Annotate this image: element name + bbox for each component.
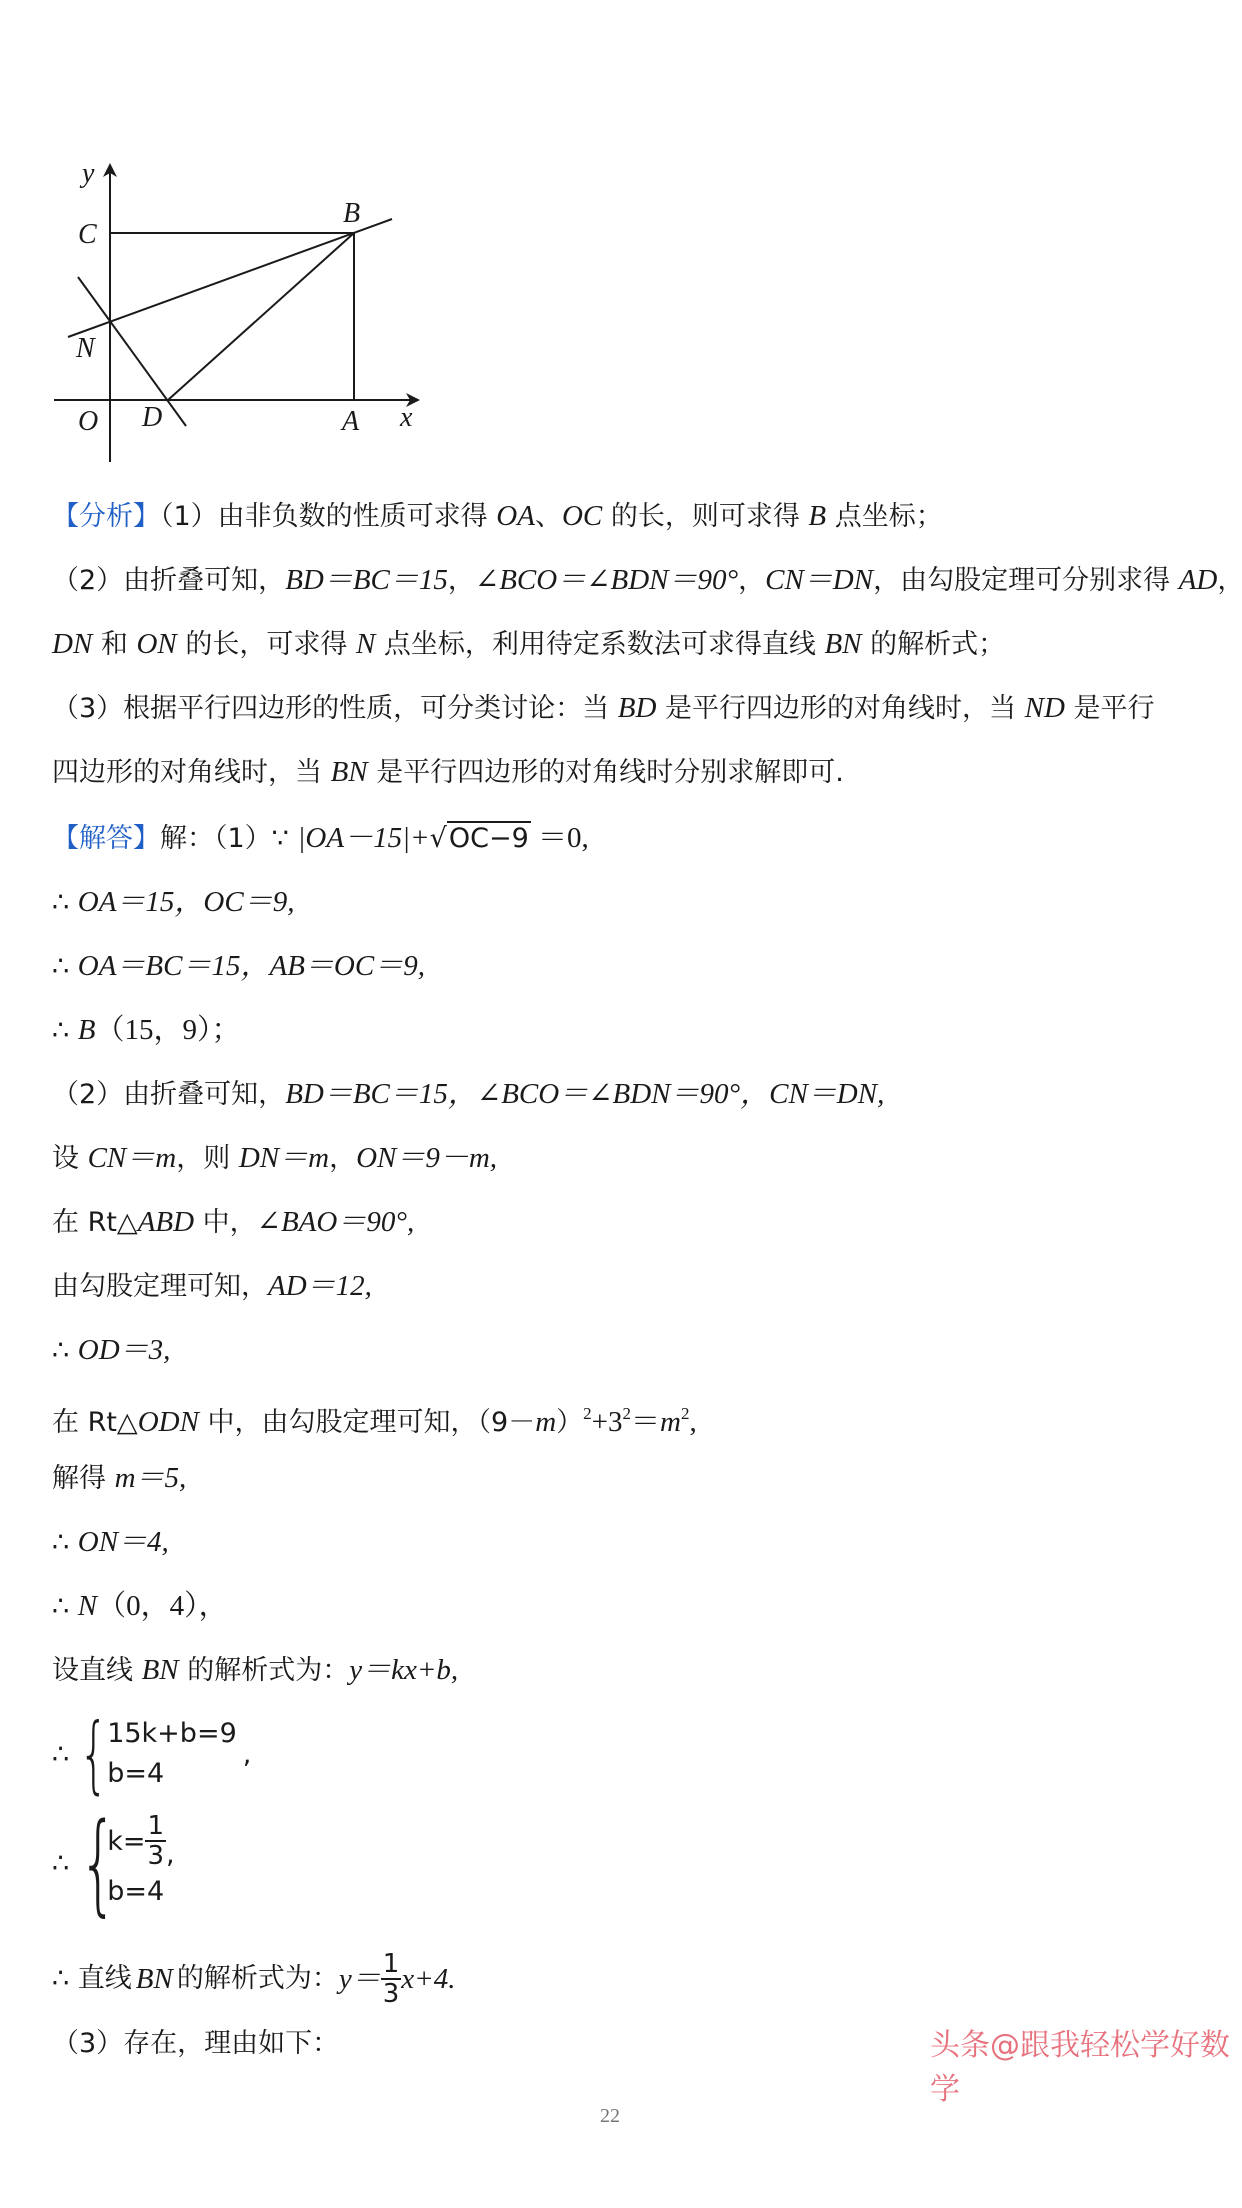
watermark: 头条@跟我轻松学好数学 <box>930 2020 1242 2108</box>
analysis-part3-line1: （3）根据平行四边形的性质，可分类讨论：当 BD 是平行四边形的对角线时，当 N… <box>52 688 1155 729</box>
solution-line: ∴ OA＝BC＝15，AB＝OC＝9, <box>52 946 425 987</box>
line-BN <box>68 219 392 337</box>
solution-part2-line9: ∴ N（0，4）， <box>52 1586 228 1627</box>
label-A: A <box>340 406 360 437</box>
solution-line: ∴ B（15，9）； <box>52 1010 241 1051</box>
left-brace-icon: { <box>79 1712 92 1796</box>
coordinate-figure: y C B N O D A x <box>0 0 460 480</box>
equation-system-2: ∴ { k= 13 , b=4 <box>52 1808 175 1918</box>
solution-part2-line10: 设直线 BN 的解析式为：y＝kx+b, <box>52 1650 458 1691</box>
solution-part2-conclusion: ∴ 直线 BN 的解析式为：y＝ 13x+4. <box>52 1950 455 2008</box>
analysis-part2-line2: DN 和 ON 的长，可求得 N 点坐标，利用待定系数法可求得直线 BN 的解析… <box>52 624 1005 665</box>
label-x: x <box>399 402 413 433</box>
label-B: B <box>343 198 360 229</box>
solution-part2-line6: 在 Rt△ODN 中，由勾股定理可知，（9－m）2+32＝m2, <box>52 1394 697 1443</box>
segment-BD <box>168 233 354 400</box>
analysis-part1: 【分析】（1）由非负数的性质可求得 OA、OC 的长，则可求得 B 点坐标； <box>52 496 943 537</box>
solution-part2-line7: 解得 m＝5, <box>52 1458 186 1499</box>
fraction: 13 <box>381 1950 402 2008</box>
label-D: D <box>141 402 162 433</box>
label-N: N <box>75 333 96 364</box>
analysis-label: 【分析】 <box>52 501 160 532</box>
solution-part1-given: 【解答】解：（1）∵ |OA－15|+√OC−9 ＝0, <box>52 818 589 859</box>
solution-part2-line4: 由勾股定理可知，AD＝12, <box>52 1266 372 1307</box>
sqrt-symbol: √ <box>430 823 447 854</box>
left-brace-icon: { <box>79 1808 92 1918</box>
solution-part2-line3: 在 Rt△ABD 中，∠BAO＝90°, <box>52 1202 414 1243</box>
equation-system-1: ∴ { 15k+b=9 b=4 , <box>52 1712 251 1796</box>
solution-line: ∴ OA＝15，OC＝9, <box>52 882 294 923</box>
analysis-part2-line1: （2）由折叠可知，BD＝BC＝15，∠BCO＝∠BDN＝90°，CN＝DN，由勾… <box>52 560 1242 601</box>
page-number: 22 <box>600 2105 620 2128</box>
label-O: O <box>78 406 98 437</box>
solution-part2-line2: 设 CN＝m，则 DN＝m，ON＝9－m, <box>52 1138 497 1179</box>
solution-part3: （3）存在，理由如下： <box>52 2024 339 2064</box>
solution-part2-line5: ∴ OD＝3, <box>52 1330 170 1371</box>
solution-part2-line8: ∴ ON＝4, <box>52 1522 169 1563</box>
solution-label: 【解答】 <box>52 823 160 854</box>
solution-part2-line1: （2）由折叠可知，BD＝BC＝15，∠BCO＝∠BDN＝90°，CN＝DN, <box>52 1074 884 1115</box>
label-y: y <box>79 158 95 189</box>
analysis-part3-line2: 四边形的对角线时，当 BN 是平行四边形的对角线时分别求解即可. <box>52 752 844 793</box>
fraction: 13 <box>145 1812 166 1870</box>
label-C: C <box>78 219 97 250</box>
